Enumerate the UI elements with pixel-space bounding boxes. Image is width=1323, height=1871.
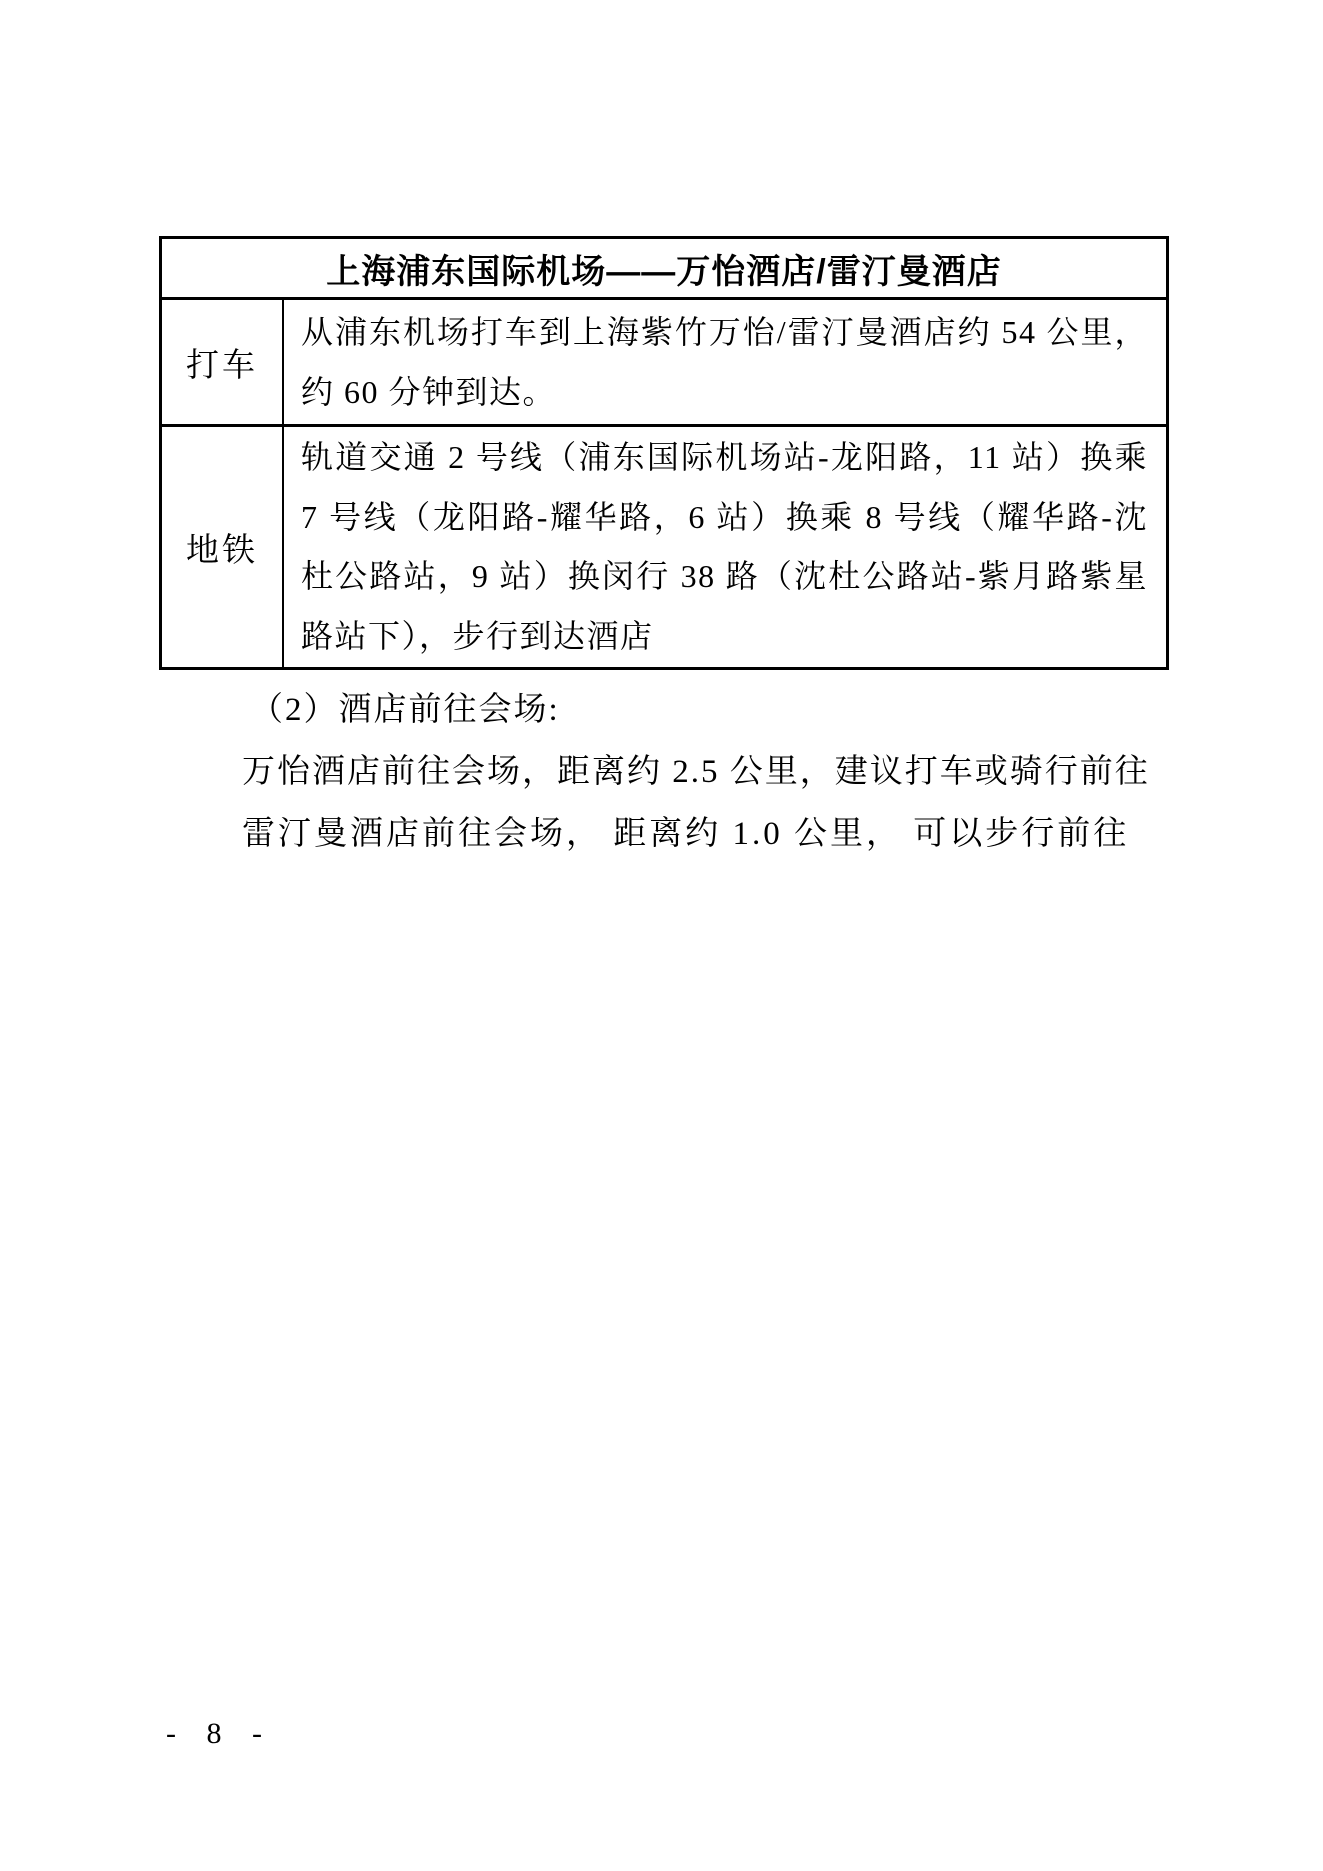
metro-directions-line-2: 7 号线（龙阳路-耀华路，6 站）换乘 8 号线（耀华路-沈 xyxy=(301,488,1148,548)
taxi-directions-cell: 从浦东机场打车到上海紫竹万怡/雷汀曼酒店约 54 公里， 约 60 分钟到达。 xyxy=(282,300,1166,424)
paragraph-hotel2-distance: 雷汀曼酒店前往会场， 距离约 1.0 公里， 可以步行前往 xyxy=(242,803,1147,865)
metro-directions-cell: 轨道交通 2 号线（浦东国际机场站-龙阳路，11 站）换乘 7 号线（龙阳路-耀… xyxy=(282,427,1166,667)
paragraph-heading: （2）酒店前往会场: xyxy=(242,679,1147,741)
taxi-directions-line-1: 从浦东机场打车到上海紫竹万怡/雷汀曼酒店约 54 公里， xyxy=(301,302,1148,362)
taxi-directions-line-2: 约 60 分钟到达。 xyxy=(301,362,1148,422)
table-title: 上海浦东国际机场——万怡酒店/雷汀曼酒店 xyxy=(162,239,1166,300)
paragraph-hotel1-distance: 万怡酒店前往会场，距离约 2.5 公里，建议打车或骑行前往； xyxy=(242,741,1147,803)
metro-directions-line-3: 杜公路站，9 站）换闵行 38 路（沈杜公路站-紫月路紫星 xyxy=(301,547,1148,607)
row-label-metro: 地铁 xyxy=(162,427,282,667)
metro-directions-line-1: 轨道交通 2 号线（浦东国际机场站-龙阳路，11 站）换乘 xyxy=(301,428,1148,488)
metro-directions-line-4: 路站下），步行到达酒店 xyxy=(301,607,1148,667)
transport-table: 上海浦东国际机场——万怡酒店/雷汀曼酒店 打车 从浦东机场打车到上海紫竹万怡/雷… xyxy=(159,236,1169,670)
hotel-to-venue-section: （2）酒店前往会场: 万怡酒店前往会场，距离约 2.5 公里，建议打车或骑行前往… xyxy=(242,679,1147,865)
table-row-taxi: 打车 从浦东机场打车到上海紫竹万怡/雷汀曼酒店约 54 公里， 约 60 分钟到… xyxy=(162,300,1166,424)
page-number: - 8 - xyxy=(166,1717,269,1751)
table-row-metro: 地铁 轨道交通 2 号线（浦东国际机场站-龙阳路，11 站）换乘 7 号线（龙阳… xyxy=(162,424,1166,667)
document-page: { "colors": { "background": "#ffffff", "… xyxy=(0,0,1323,1871)
row-label-taxi: 打车 xyxy=(162,300,282,424)
